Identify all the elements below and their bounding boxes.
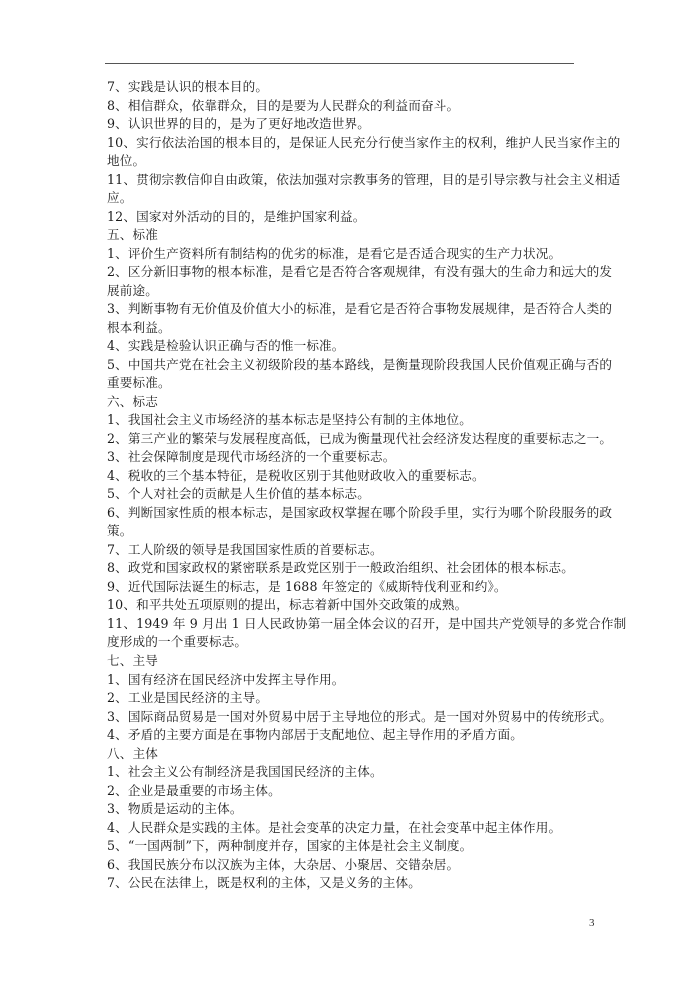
list-item: 1、国有经济在国民经济中发挥主导作用。 <box>107 671 597 690</box>
list-item-continuation: 地位。 <box>107 152 597 171</box>
page-body: 7、实践是认识的根本目的。 8、相信群众，依靠群众，目的是要为人民群众的利益而奋… <box>107 78 597 893</box>
list-item: 8、相信群众，依靠群众，目的是要为人民群众的利益而奋斗。 <box>107 97 597 116</box>
list-item: 1、我国社会主义市场经济的基本标志是坚持公有制的主体地位。 <box>107 411 597 430</box>
list-item: 2、工业是国民经济的主导。 <box>107 689 597 708</box>
list-item: 10、实行依法治国的根本目的，是保证人民充分行使当家作主的权利，维护人民当家作主… <box>107 134 597 153</box>
list-item: 6、判断国家性质的根本标志，是国家政权掌握在哪个阶段手里，实行为哪个阶段服务的政 <box>107 504 597 523</box>
list-item: 11、1949 年 9 月出 1 日人民政协第一届全体会议的召开，是中国共产党领… <box>107 615 597 634</box>
list-item: 9、认识世界的目的，是为了更好地改造世界。 <box>107 115 597 134</box>
list-item: 3、社会保障制度是现代市场经济的一个重要标志。 <box>107 448 597 467</box>
list-item: 4、税收的三个基本特征，是税收区别于其他财政收入的重要标志。 <box>107 467 597 486</box>
list-item: 5、中国共产党在社会主义初级阶段的基本路线，是衡量现阶段我国人民价值观正确与否的 <box>107 356 597 375</box>
list-item: 7、公民在法律上，既是权利的主体，又是义务的主体。 <box>107 874 597 893</box>
section-heading: 五、标准 <box>107 226 597 245</box>
list-item: 4、矛盾的主要方面是在事物内部居于支配地位、起主导作用的矛盾方面。 <box>107 726 597 745</box>
list-item: 6、我国民族分布以汉族为主体，大杂居、小聚居、交错杂居。 <box>107 856 597 875</box>
list-item: 12、国家对外活动的目的，是维护国家利益。 <box>107 208 597 227</box>
list-item: 7、实践是认识的根本目的。 <box>107 78 597 97</box>
list-item-continuation: 重要标准。 <box>107 374 597 393</box>
list-item-continuation: 应。 <box>107 189 597 208</box>
header-rule <box>105 63 574 64</box>
list-item: 3、国际商品贸易是一国对外贸易中居于主导地位的形式。是一国对外贸易中的传统形式。 <box>107 708 597 727</box>
list-item-continuation: 策。 <box>107 522 597 541</box>
list-item: 11、贯彻宗教信仰自由政策，依法加强对宗教事务的管理，目的是引导宗教与社会主义相… <box>107 171 597 190</box>
list-item-continuation: 根本利益。 <box>107 319 597 338</box>
list-item: 5、个人对社会的贡献是人生价值的基本标志。 <box>107 485 597 504</box>
section-heading: 六、标志 <box>107 393 597 412</box>
list-item: 2、区分新旧事物的根本标准，是看它是否符合客观规律，有没有强大的生命力和远大的发 <box>107 263 597 282</box>
list-item: 9、近代国际法诞生的标志，是 1688 年签定的《威斯特伐利亚和约》。 <box>107 578 597 597</box>
list-item: 2、第三产业的繁荣与发展程度高低，已成为衡量现代社会经济发达程度的重要标志之一。 <box>107 430 597 449</box>
list-item: 3、判断事物有无价值及价值大小的标准，是看它是否符合事物发展规律，是否符合人类的 <box>107 300 597 319</box>
list-item: 2、企业是最重要的市场主体。 <box>107 782 597 801</box>
document-page: 7、实践是认识的根本目的。 8、相信群众，依靠群众，目的是要为人民群众的利益而奋… <box>0 0 700 990</box>
list-item: 4、人民群众是实践的主体。是社会变革的决定力量，在社会变革中起主体作用。 <box>107 819 597 838</box>
list-item: 4、实践是检验认识正确与否的惟一标准。 <box>107 337 597 356</box>
list-item-continuation: 度形成的一个重要标志。 <box>107 633 597 652</box>
list-item: 8、政党和国家政权的紧密联系是政党区别于一般政治组织、社会团体的根本标志。 <box>107 559 597 578</box>
list-item: 1、评价生产资料所有制结构的优劣的标准，是看它是否适合现实的生产力状况。 <box>107 245 597 264</box>
list-item: 10、和平共处五项原则的提出，标志着新中国外交政策的成熟。 <box>107 596 597 615</box>
list-item: 1、社会主义公有制经济是我国国民经济的主体。 <box>107 763 597 782</box>
list-item: 7、工人阶级的领导是我国国家性质的首要标志。 <box>107 541 597 560</box>
list-item-continuation: 展前途。 <box>107 282 597 301</box>
list-item: 3、物质是运动的主体。 <box>107 800 597 819</box>
list-item: 5、“一国两制”下，两种制度并存，国家的主体是社会主义制度。 <box>107 837 597 856</box>
section-heading: 八、主体 <box>107 745 597 764</box>
section-heading: 七、主导 <box>107 652 597 671</box>
page-number: 3 <box>589 917 595 929</box>
